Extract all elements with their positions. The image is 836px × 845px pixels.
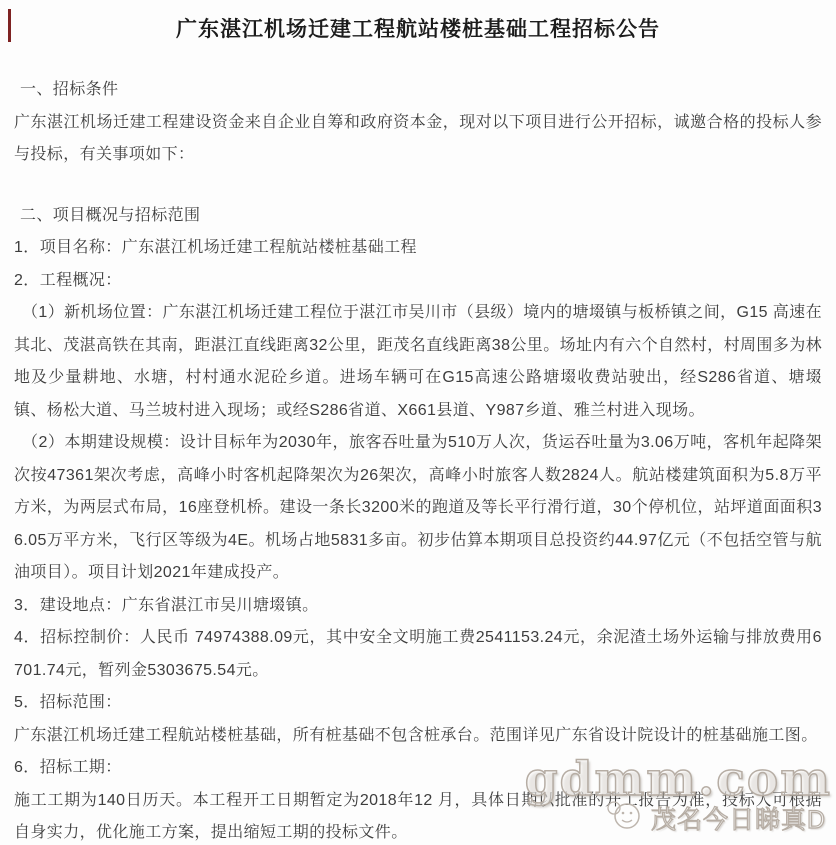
section-heading-project-overview: 二、项目概况与招标范围 (14, 200, 822, 233)
item-6-construction-period-heading: 6．招标工期： (14, 752, 822, 785)
page-title: 广东湛江机场迁建工程航站楼桩基础工程招标公告 (60, 16, 776, 44)
subitem-1-airport-location: （1）新机场位置：广东湛江机场迁建工程位于湛江市吴川市（县级）境内的塘㙍镇与板桥… (14, 297, 822, 427)
intro-paragraph: 广东湛江机场迁建工程建设资金来自企业自筹和政府资本金，现对以下项目进行公开招标，… (14, 107, 822, 172)
item-4-control-price: 4．招标控制价：人民币 74974388.09元，其中安全文明施工费254115… (14, 622, 822, 687)
subitem-2-construction-scale: （2）本期建设规模：设计目标年为2030年，旅客吞吐量为510万人次，货运吞吐量… (14, 427, 822, 590)
construction-period-paragraph: 施工工期为140日历天。本工程开工日期暂定为2018年12 月，具体日期以批准的… (14, 785, 822, 845)
item-3-construction-site: 3．建设地点：广东省湛江市吴川塘㙍镇。 (14, 590, 822, 623)
item-1-project-name: 1．项目名称：广东湛江机场迁建工程航站楼桩基础工程 (14, 232, 822, 265)
item-5-bidding-scope-heading: 5．招标范围： (14, 687, 822, 720)
announcement-page: 广东湛江机场迁建工程航站楼桩基础工程招标公告 一、招标条件 广东湛江机场迁建工程… (0, 0, 836, 845)
item-2-project-profile: 2．工程概况： (14, 265, 822, 298)
left-margin-marker (8, 9, 11, 42)
bidding-scope-paragraph: 广东湛江机场迁建工程航站楼桩基础，所有桩基础不包含桩承台。范围详见广东省设计院设… (14, 720, 822, 753)
section-heading-bidding-conditions: 一、招标条件 (14, 74, 822, 107)
